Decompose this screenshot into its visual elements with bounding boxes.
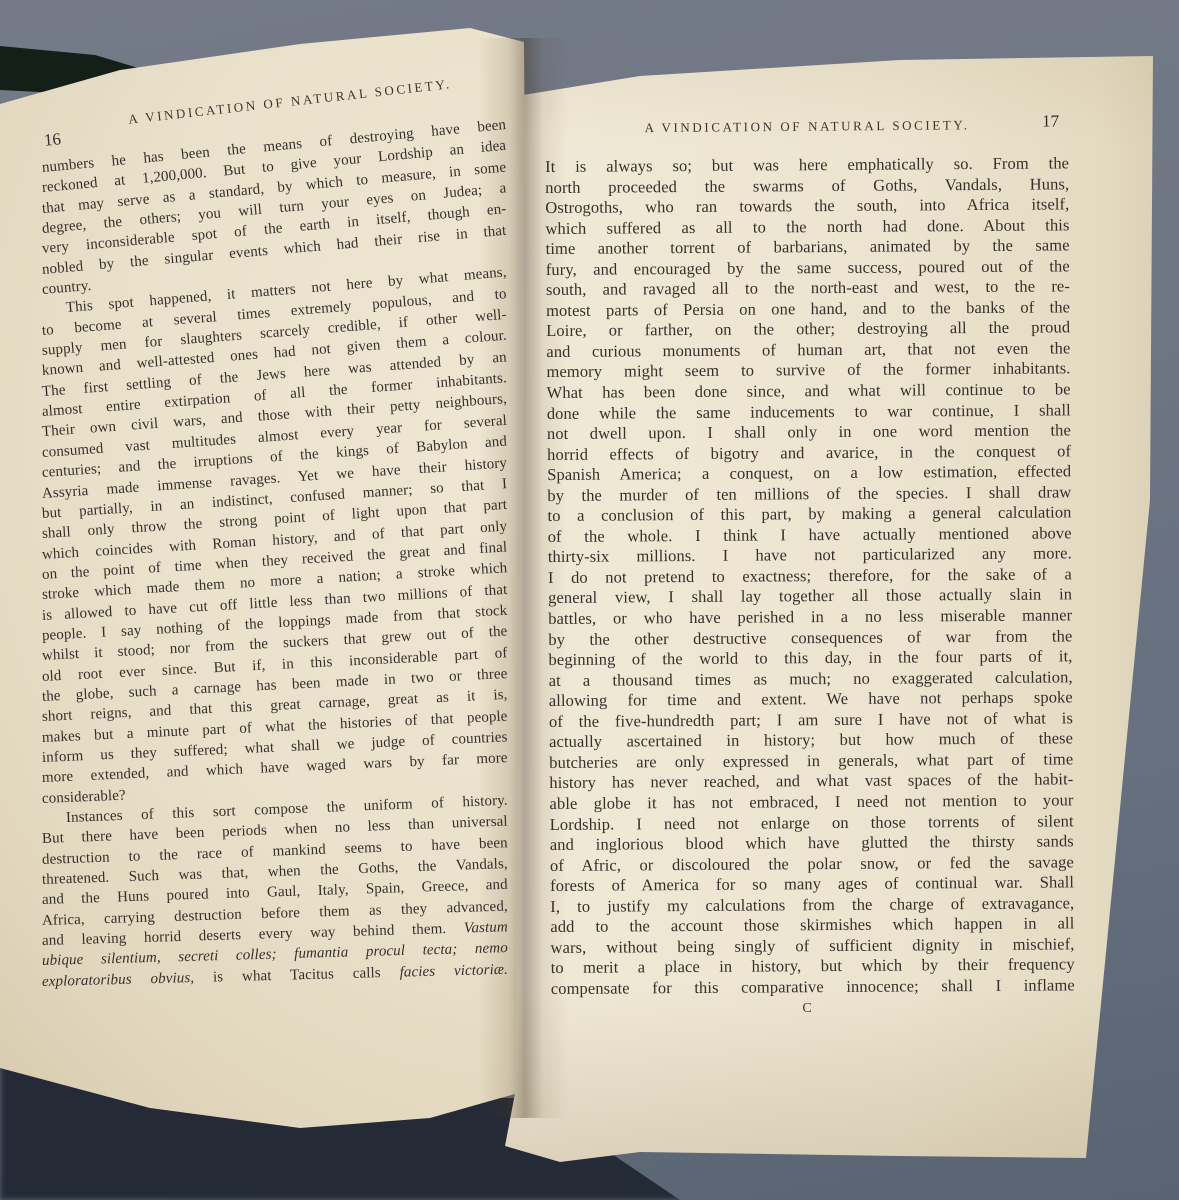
open-book-photo: A VINDICATION OF NATURAL SOCIETY. 16 A V… <box>0 0 1179 1200</box>
left-page-number: 16 <box>43 129 62 150</box>
text-line: compensate for this comparative innocenc… <box>551 975 1075 999</box>
right-page-text: It is always so; but was here emphatical… <box>545 153 1075 999</box>
right-running-header: A VINDICATION OF NATURAL SOCIETY. <box>645 117 970 135</box>
left-page-text: numbers he has been the means of destroy… <box>42 158 508 992</box>
text-line: able globe it has not embraced, I need n… <box>549 790 1073 814</box>
signature-mark: C <box>545 1001 1069 1017</box>
right-page-number: 17 <box>1042 112 1059 132</box>
